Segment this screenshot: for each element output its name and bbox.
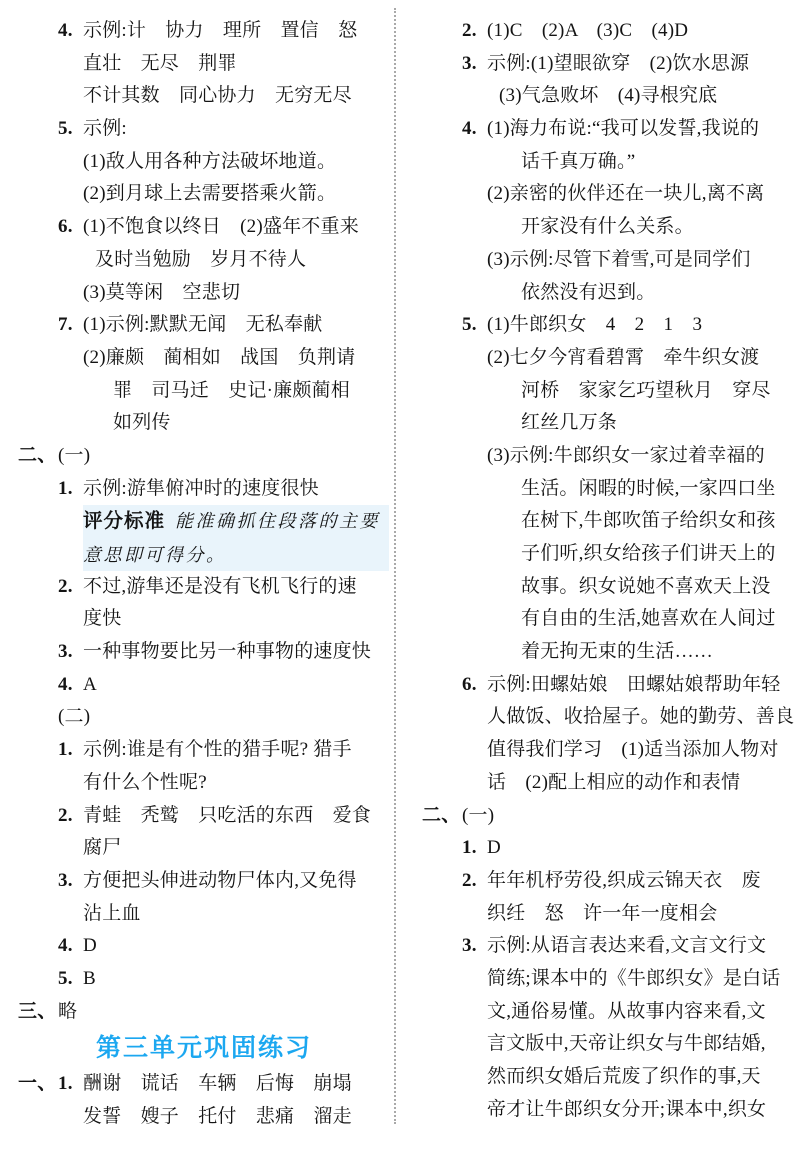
answer-text: 示例:计 协力 理所 置信 怒 bbox=[83, 20, 357, 41]
answer-line: 值得我们学习 (1)适当添加人物对 bbox=[422, 734, 796, 767]
answer-line: 二、(一) bbox=[422, 800, 796, 833]
answer-text: (1)示例:默默无闻 无私奉献 bbox=[83, 314, 322, 335]
answer-text: (1)不饱食以终日 (2)盛年不重来 bbox=[83, 216, 359, 237]
answer-text: D bbox=[487, 837, 501, 858]
answer-text: 着无拘无束的生活…… bbox=[521, 641, 713, 662]
item-number: 3. bbox=[462, 930, 487, 963]
item-number: 3. bbox=[58, 865, 83, 898]
answer-text: (1)海力布说:“我可以发誓,我说的 bbox=[487, 118, 759, 139]
answer-line: 在树下,牛郎吹笛子给织女和孩 bbox=[422, 505, 796, 538]
answer-text: (1)敌人用各种方法破坏地道。 bbox=[83, 151, 336, 172]
answer-line: 人做饭、收拾屋子。她的勤劳、善良 bbox=[422, 701, 796, 734]
answer-text: 示例:田螺姑娘 田螺姑娘帮助年轻 bbox=[487, 674, 780, 695]
answer-line: 不计其数 同心协力 无穷无尽 bbox=[18, 80, 390, 113]
answer-text: (3)示例:牛郎织女一家过着幸福的 bbox=[487, 445, 765, 466]
item-number: 1. bbox=[58, 734, 83, 767]
answer-text: 方便把头伸进动物尸体内,又免得 bbox=[83, 870, 357, 891]
answer-line: 有什么个性呢? bbox=[18, 767, 390, 800]
item-number: 1. bbox=[58, 473, 83, 506]
item-number: 5. bbox=[462, 309, 487, 342]
answer-text: 话 (2)配上相应的动作和表情 bbox=[487, 772, 740, 793]
answer-text: 生活。闲暇的时候,一家四口坐 bbox=[521, 478, 776, 499]
item-number: 2. bbox=[58, 800, 83, 833]
answer-line: 红丝几万条 bbox=[422, 407, 796, 440]
answer-text: (1)牛郎织女 4 2 1 3 bbox=[487, 314, 702, 335]
answer-text: 故事。织女说她不喜欢天上没 bbox=[521, 576, 771, 597]
section-marker: 一、 bbox=[18, 1068, 58, 1101]
item-number: 4. bbox=[58, 15, 83, 48]
answer-line: 帝才让牛郎织女分开;课本中,织女 bbox=[422, 1094, 796, 1127]
answer-text: 如列传 bbox=[113, 412, 171, 433]
answer-text: B bbox=[83, 968, 96, 989]
item-number: 5. bbox=[58, 963, 83, 996]
answer-text: 示例:从语言表达来看,文言文行文 bbox=[487, 935, 766, 956]
answers-left-column: 4.示例:计 协力 理所 置信 怒直壮 无尽 荆罪不计其数 同心协力 无穷无尽5… bbox=[18, 15, 390, 1134]
answer-text: 有自由的生活,她喜欢在人间过 bbox=[521, 608, 776, 629]
answer-line: 5.B bbox=[18, 963, 390, 996]
answer-text: A bbox=[83, 674, 97, 695]
answer-line: 简练;课本中的《牛郎织女》是白话 bbox=[422, 963, 796, 996]
item-number: 2. bbox=[462, 15, 487, 48]
answer-line: 子们听,织女给孩子们讲天上的 bbox=[422, 538, 796, 571]
answer-line: (3)莫等闲 空悲切 bbox=[18, 277, 390, 310]
answer-line: 着无拘无束的生活…… bbox=[422, 636, 796, 669]
answer-line: (3)示例:牛郎织女一家过着幸福的 bbox=[422, 440, 796, 473]
answer-text: 不过,游隼还是没有飞机飞行的速 bbox=[83, 576, 357, 597]
answer-text: 帝才让牛郎织女分开;课本中,织女 bbox=[487, 1099, 766, 1120]
answer-line: 1.示例:谁是有个性的猎手呢? 猎手 bbox=[18, 734, 390, 767]
answer-line: 4.D bbox=[18, 930, 390, 963]
answer-line: (2)廉颇 蔺相如 战国 负荆请 bbox=[18, 342, 390, 375]
answer-text: (3)示例:尽管下着雪,可是同学们 bbox=[487, 249, 751, 270]
answer-text: (3)莫等闲 空悲切 bbox=[83, 282, 240, 303]
answer-line: 如列传 bbox=[18, 407, 390, 440]
answer-text: (2)廉颇 蔺相如 战国 负荆请 bbox=[83, 347, 355, 368]
item-number: 2. bbox=[462, 865, 487, 898]
answer-text: (1)C (2)A (3)C (4)D bbox=[487, 20, 688, 41]
unit-heading: 第三单元巩固练习 bbox=[18, 1028, 390, 1068]
answer-line: 4.示例:计 协力 理所 置信 怒 bbox=[18, 15, 390, 48]
answer-text: 人做饭、收拾屋子。她的勤劳、善良 bbox=[487, 706, 794, 727]
answer-page: 4.示例:计 协力 理所 置信 怒直壮 无尽 荆罪不计其数 同心协力 无穷无尽5… bbox=[0, 0, 800, 1164]
answer-line: 6.示例:田螺姑娘 田螺姑娘帮助年轻 bbox=[422, 669, 796, 702]
answer-text: 话千真万确。” bbox=[521, 151, 635, 172]
answer-text: 文,通俗易懂。从故事内容来看,文 bbox=[487, 1001, 766, 1022]
answer-line: 2.不过,游隼还是没有飞机飞行的速 bbox=[18, 571, 390, 604]
answer-text: 开家没有什么关系。 bbox=[521, 216, 694, 237]
answer-text: 示例:谁是有个性的猎手呢? 猎手 bbox=[83, 739, 352, 760]
answer-text: (一) bbox=[58, 445, 90, 466]
answer-line: 1.示例:游隼俯冲时的速度很快 bbox=[18, 473, 390, 506]
answer-line: 2.年年机杼劳役,织成云锦天衣 废 bbox=[422, 865, 796, 898]
answer-line: 1.D bbox=[422, 832, 796, 865]
answer-line: 生活。闲暇的时候,一家四口坐 bbox=[422, 473, 796, 506]
answer-text: (3)气急败坏 (4)寻根究底 bbox=[499, 85, 717, 106]
answer-line: 及时当勉励 岁月不待人 bbox=[18, 244, 390, 277]
answers-right-column: 2.(1)C (2)A (3)C (4)D3.示例:(1)望眼欲穿 (2)饮水思… bbox=[422, 15, 796, 1126]
answer-text: (2)到月球上去需要搭乘火箭。 bbox=[83, 183, 336, 204]
answer-line: 话 (2)配上相应的动作和表情 bbox=[422, 767, 796, 800]
answer-line: (2)到月球上去需要搭乘火箭。 bbox=[18, 178, 390, 211]
answer-text: (2)七夕今宵看碧霄 牵牛织女渡 bbox=[487, 347, 759, 368]
answer-text: 不计其数 同心协力 无穷无尽 bbox=[83, 85, 352, 106]
answer-text: 在树下,牛郎吹笛子给织女和孩 bbox=[521, 510, 776, 531]
answer-text: 及时当勉励 岁月不待人 bbox=[95, 249, 306, 270]
item-number: 2. bbox=[58, 571, 83, 604]
item-number: 4. bbox=[58, 930, 83, 963]
answer-line: 罪 司马迁 史记·廉颇蔺相 bbox=[18, 375, 390, 408]
answer-text: 直壮 无尽 荆罪 bbox=[83, 53, 237, 74]
answer-text: 简练;课本中的《牛郎织女》是白话 bbox=[487, 968, 780, 989]
answer-text: 然而织女婚后荒废了织作的事,天 bbox=[487, 1066, 761, 1087]
answer-line: 3.示例:从语言表达来看,文言文行文 bbox=[422, 930, 796, 963]
answer-text: 度快 bbox=[83, 608, 121, 629]
answer-text: (一) bbox=[462, 805, 494, 826]
answer-text: 红丝几万条 bbox=[521, 412, 617, 433]
answer-line: 3.方便把头伸进动物尸体内,又免得 bbox=[18, 865, 390, 898]
answer-line: (1)敌人用各种方法破坏地道。 bbox=[18, 146, 390, 179]
answer-line: 有自由的生活,她喜欢在人间过 bbox=[422, 603, 796, 636]
answer-line: 一、1.酬谢 谎话 车辆 后悔 崩塌 bbox=[18, 1068, 390, 1101]
answer-text: 第三单元巩固练习 bbox=[96, 1034, 312, 1062]
item-number: 5. bbox=[58, 113, 83, 146]
item-number: 7. bbox=[58, 309, 83, 342]
answer-text: 发誓 嫂子 托付 悲痛 溜走 bbox=[83, 1106, 352, 1127]
item-number: 4. bbox=[58, 669, 83, 702]
answer-line: 开家没有什么关系。 bbox=[422, 211, 796, 244]
item-number: 1. bbox=[58, 1068, 83, 1101]
answer-text: 一种事物要比另一种事物的速度快 bbox=[83, 641, 371, 662]
answer-line: 2.(1)C (2)A (3)C (4)D bbox=[422, 15, 796, 48]
answer-text: 织纴 怒 许一年一度相会 bbox=[487, 903, 717, 924]
answer-line: (2)亲密的伙伴还在一块儿,离不离 bbox=[422, 178, 796, 211]
answer-line: 文,通俗易懂。从故事内容来看,文 bbox=[422, 996, 796, 1029]
answer-text: 示例:(1)望眼欲穿 (2)饮水思源 bbox=[487, 53, 749, 74]
answer-text: 河桥 家家乞巧望秋月 穿尽 bbox=[521, 380, 771, 401]
answer-line: 4.A bbox=[18, 669, 390, 702]
answer-text: 腐尸 bbox=[83, 837, 121, 858]
answer-line: 发誓 嫂子 托付 悲痛 溜走 bbox=[18, 1101, 390, 1134]
answer-line: (2)七夕今宵看碧霄 牵牛织女渡 bbox=[422, 342, 796, 375]
item-number: 6. bbox=[462, 669, 487, 702]
answer-line: 5.(1)牛郎织女 4 2 1 3 bbox=[422, 309, 796, 342]
answer-line: 然而织女婚后荒废了织作的事,天 bbox=[422, 1061, 796, 1094]
answer-line: 2.青蛙 秃鹫 只吃活的东西 爱食 bbox=[18, 800, 390, 833]
item-number: 1. bbox=[462, 832, 487, 865]
answer-line: 5.示例: bbox=[18, 113, 390, 146]
answer-line: 河桥 家家乞巧望秋月 穿尽 bbox=[422, 375, 796, 408]
answer-line: 织纴 怒 许一年一度相会 bbox=[422, 898, 796, 931]
answer-line: 话千真万确。” bbox=[422, 146, 796, 179]
answer-line: 言文版中,天帝让织女与牛郎结婚, bbox=[422, 1028, 796, 1061]
answer-line: 6.(1)不饱食以终日 (2)盛年不重来 bbox=[18, 211, 390, 244]
answer-line: 4.(1)海力布说:“我可以发誓,我说的 bbox=[422, 113, 796, 146]
answer-text: 酬谢 谎话 车辆 后悔 崩塌 bbox=[83, 1073, 352, 1094]
score-criteria-note: 评分标准能准确抓住段落的主要意思即可得分。 bbox=[83, 505, 389, 570]
answer-line: 3.一种事物要比另一种事物的速度快 bbox=[18, 636, 390, 669]
section-marker: 二、 bbox=[422, 800, 462, 833]
item-number: 3. bbox=[462, 48, 487, 81]
answer-line: 3.示例:(1)望眼欲穿 (2)饮水思源 bbox=[422, 48, 796, 81]
item-number: 3. bbox=[58, 636, 83, 669]
answer-text: 罪 司马迁 史记·廉颇蔺相 bbox=[113, 380, 350, 401]
answer-text: 沾上血 bbox=[83, 903, 141, 924]
answer-text: 年年机杼劳役,织成云锦天衣 废 bbox=[487, 870, 761, 891]
answer-line: 故事。织女说她不喜欢天上没 bbox=[422, 571, 796, 604]
item-number: 4. bbox=[462, 113, 487, 146]
answer-text: 青蛙 秃鹫 只吃活的东西 爱食 bbox=[83, 805, 371, 826]
answer-line: 7.(1)示例:默默无闻 无私奉献 bbox=[18, 309, 390, 342]
answer-text: 有什么个性呢? bbox=[83, 772, 207, 793]
answer-line: 度快 bbox=[18, 603, 390, 636]
answer-text: (二) bbox=[58, 706, 90, 727]
answer-line: 依然没有迟到。 bbox=[422, 277, 796, 310]
section-marker: 二、 bbox=[18, 440, 58, 473]
answer-text: 子们听,织女给孩子们讲天上的 bbox=[521, 543, 776, 564]
column-divider-line bbox=[394, 8, 396, 1124]
answer-text: 值得我们学习 (1)适当添加人物对 bbox=[487, 739, 779, 760]
answer-line: 直壮 无尽 荆罪 bbox=[18, 48, 390, 81]
answer-line: 沾上血 bbox=[18, 898, 390, 931]
answer-text: 略 bbox=[58, 1001, 77, 1022]
answer-text: D bbox=[83, 935, 97, 956]
answer-line: 腐尸 bbox=[18, 832, 390, 865]
section-marker: 三、 bbox=[18, 996, 58, 1029]
answer-line: (二) bbox=[18, 701, 390, 734]
answer-line: 三、略 bbox=[18, 996, 390, 1029]
answer-line: (3)气急败坏 (4)寻根究底 bbox=[422, 80, 796, 113]
answer-line: (3)示例:尽管下着雪,可是同学们 bbox=[422, 244, 796, 277]
answer-text: 示例:游隼俯冲时的速度很快 bbox=[83, 478, 319, 499]
score-criteria-label: 评分标准 bbox=[83, 510, 165, 532]
answer-text: 言文版中,天帝让织女与牛郎结婚, bbox=[487, 1033, 766, 1054]
answer-text: 示例: bbox=[83, 118, 127, 139]
answer-line: 二、(一) bbox=[18, 440, 390, 473]
answer-text: (2)亲密的伙伴还在一块儿,离不离 bbox=[487, 183, 764, 204]
answer-text: 依然没有迟到。 bbox=[521, 282, 655, 303]
item-number: 6. bbox=[58, 211, 83, 244]
